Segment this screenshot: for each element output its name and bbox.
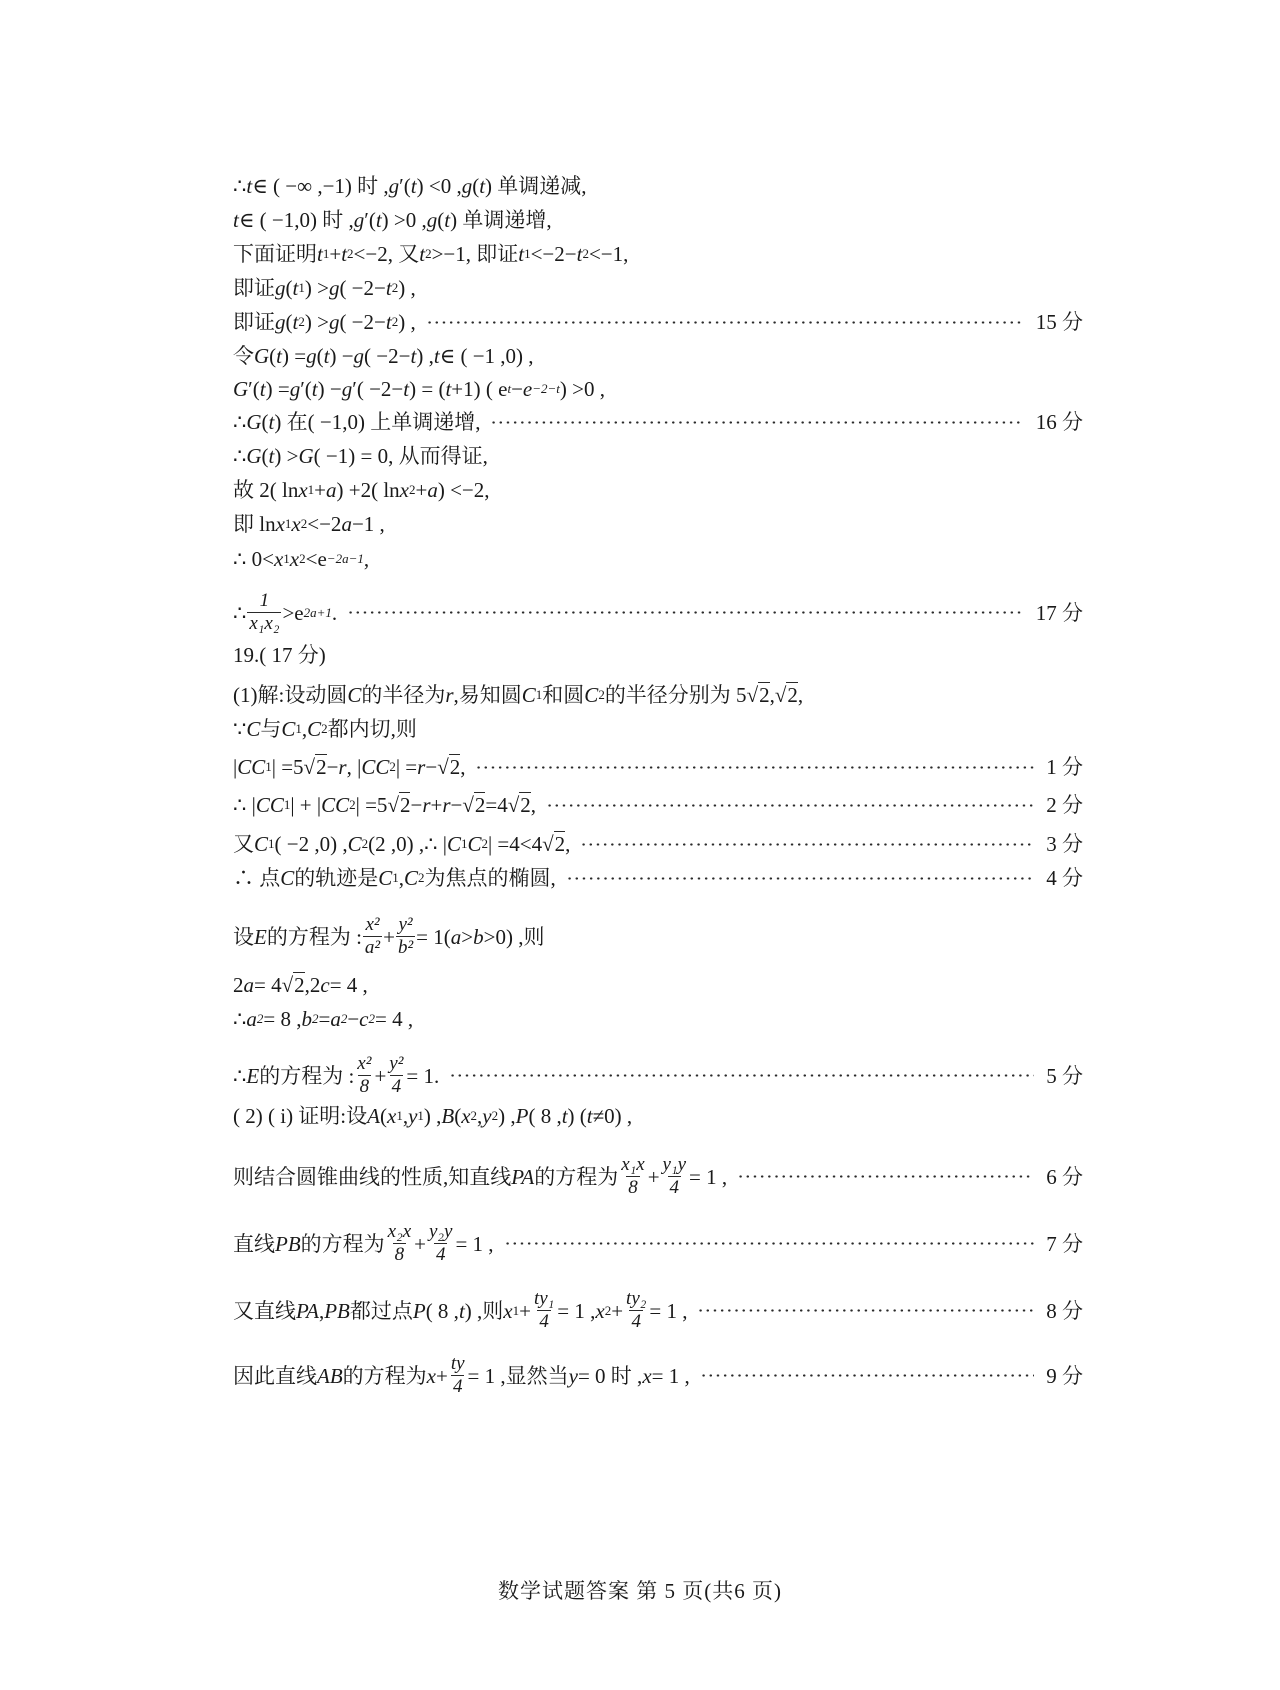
line-content: | CC1 | =5√2−r , | CC2 | =r−√2 , [233,753,465,781]
text-run: ( 2) ( i) 证明:设 [233,1102,367,1130]
math-variable: C [281,715,295,743]
document-page: ∴ t ∈ ( −∞ ,−1) 时 ,g ′(t) <0 ,g(t) 单调递减,… [0,0,1280,1690]
math-variable: PB [324,1297,350,1325]
text-run: ′( [399,172,411,200]
text-run: − [451,791,463,819]
text-run: 的半径分别为 5 [605,681,747,709]
text-run: ( [437,206,444,234]
math-variable: E [246,1062,259,1090]
radicand: 2 [786,682,798,707]
math-variable: b [301,1005,312,1033]
text-run: ≠0) , [593,1102,633,1130]
text-run: = [318,1005,330,1033]
text-run: ( [262,442,269,470]
math-variable: a [246,1005,257,1033]
dot-leader [546,804,1034,807]
denominator: 8 [626,1176,640,1199]
line-content: 又直线 PA ,PB 都过点 P( 8 ,t) ,则 x1+ty₁4 = 1 ,… [233,1288,687,1333]
numerator: y₂y [427,1221,454,1243]
text-run: ) , [498,1102,516,1130]
line-content: ∵ C 与 C1 ,C2 都内切,则 [233,715,417,743]
text-run: 即证 [233,308,275,336]
math-variable: r [422,791,430,819]
text-run: ( −2− [364,342,410,370]
text-run: | = [396,753,417,781]
line-content: (1)解:设动圆 C 的半径为 r,易知圆 C1 和圆 C2 的半径分别为 5√… [233,681,803,709]
text-run: 的方程为 : [267,923,362,951]
text-run: ,易知圆 [454,681,522,709]
math-variable: x [298,476,307,504]
line-content: 下面证明 t1+t2<−2, 又 t2>−1, 即证 t1<−2−t2<−1, [233,240,628,268]
line-content: 令 G(t) = g(t) −g( −2−t ) ,t ∈ ( −1 ,0) , [233,342,534,370]
text-run: = 1 ,显然当 [468,1362,569,1390]
text-run: + [611,1297,623,1325]
square-root: √2 [747,681,770,709]
text-run: ) , [398,274,416,302]
text-run: = 4 , [330,971,368,999]
math-variable: g [354,206,365,234]
math-variable: C [404,864,418,892]
text-run: ( −2− [339,308,385,336]
fraction: y²b² [396,914,415,959]
text-run: ( [317,342,324,370]
solution-line: (1)解:设动圆 C 的半径为 r,易知圆 C1 和圆 C2 的半径分别为 5√… [233,681,1083,709]
dot-leader [475,766,1034,769]
text-run: ) ( [568,1102,587,1130]
text-run: ∈ ( −1,0) 时 , [239,206,354,234]
text-run: <−1, [589,240,628,268]
text-run: 下面证明 [233,240,317,268]
text-run: ( 8 , [528,1102,561,1130]
denominator: a² [363,936,382,959]
fraction: 1x₁x₂ [247,590,281,635]
text-run: 又直线 [233,1297,296,1325]
math-variable: CC [321,791,349,819]
square-root: √2 [437,753,460,781]
math-variable: a [341,510,352,538]
text-run: + [648,1163,660,1191]
text-run: 19.( 17 分) [233,641,326,669]
solution-line: 则结合圆锥曲线的性质,知直线 PA 的方程为x₁x8+y₁y4 = 1 ,6 分 [233,1154,1083,1199]
text-run: ( −2− [339,274,385,302]
text-run: >0) ,则 [484,923,545,951]
dot-leader [700,1374,1035,1377]
dot-leader [490,421,1023,424]
radical-sign: √ [437,755,449,779]
math-variable: g [389,172,400,200]
numerator: ty₂ [624,1288,648,1310]
denominator: x₁x₂ [247,612,281,635]
denominator: b² [396,936,415,959]
math-variable: G [233,375,248,403]
text-run: 与 [260,715,281,743]
text-run: = 1 , [649,1297,687,1325]
text-run: >−1, 即证 [432,240,519,268]
score-label: 9 分 [1046,1362,1083,1390]
math-variable: y [569,1362,578,1390]
text-run: ( −2 ,0) , [275,830,348,858]
math-variable: c [359,1005,368,1033]
numerator: y² [387,1053,405,1075]
math-variable: a [451,923,462,951]
math-variable: C [378,864,392,892]
math-variable: x [276,510,285,538]
text-run: ) , [416,342,434,370]
math-variable: x [503,1297,512,1325]
text-run: <−2 [307,510,341,538]
text-run: ) = ( [409,375,445,403]
line-content: ( 2) ( i) 证明:设 A( x1 ,y1 ) ,B( x2 ,y2 ) … [233,1102,632,1130]
text-run: ′( [364,206,376,234]
text-run: = 0 时 , [578,1362,642,1390]
dot-leader [697,1309,1034,1312]
text-run: (2 ,0) ,∴ | [368,830,447,858]
solution-line: 又直线 PA ,PB 都过点 P( 8 ,t) ,则 x1+ty₁4 = 1 ,… [233,1288,1083,1333]
solution-line: 令 G(t) = g(t) −g( −2−t ) ,t ∈ ( −1 ,0) , [233,342,1083,370]
text-run: = 8 , [263,1005,301,1033]
text-run: ∴ | [233,791,256,819]
solution-line: ∴ 1x₁x₂>e2a+1.17 分 [233,590,1083,635]
text-run: | =4<4 [488,830,542,858]
math-variable: E [254,923,267,951]
solution-line: t ∈ ( −1,0) 时 ,g ′(t) >0 ,g(t) 单调递增, [233,206,1083,234]
math-variable: PA [511,1163,534,1191]
solution-line: 设 E 的方程为 :x²a²+y²b² = 1( a>b>0) ,则 [233,914,1083,959]
math-variable: r [445,681,453,709]
line-content: G ′(t) = g ′(t) −g ′( −2−t) = (t+1) ( et… [233,375,605,403]
text-run: +1) ( e [451,375,507,403]
solution-line: 19.( 17 分) [233,641,1083,669]
math-variable: C [347,681,361,709]
score-label: 8 分 [1046,1297,1083,1325]
score-label: 17 分 [1036,599,1083,627]
radicand: 2 [315,754,327,779]
text-run: = 1. [406,1062,439,1090]
radical-sign: √ [775,683,787,707]
math-variable: c [320,971,329,999]
line-content: 直线 PB 的方程为x₂x8+y₂y4 = 1 , [233,1221,494,1266]
text-run: ∴ 点 [233,864,280,892]
text-run: = 1 , [689,1163,727,1191]
math-variable: P [516,1102,529,1130]
denominator: 4 [451,1375,465,1398]
math-variable: t [386,308,392,336]
solution-line: 即证 g( t1 ) >g( −2−t2 ) , [233,274,1083,302]
text-run: 和圆 [542,681,584,709]
text-run: <−2− [531,240,577,268]
line-content: ∴ t ∈ ( −∞ ,−1) 时 ,g ′(t) <0 ,g(t) 单调递减, [233,172,587,200]
text-run: 的方程为 [301,1230,385,1258]
text-run: = 1( [416,923,451,951]
solution-line: 2a = 4√2 ,2c = 4 , [233,971,1083,999]
text-run: 都内切,则 [328,715,417,743]
text-run: <−2, 又 [354,240,420,268]
radical-sign: √ [462,793,474,817]
text-run: = 1 , [455,1230,493,1258]
text-run: + [519,1297,531,1325]
text-run: ) = [266,375,290,403]
math-variable: g [329,308,340,336]
score-label: 7 分 [1046,1230,1083,1258]
text-run: , [460,753,465,781]
text-run: ) − [329,342,353,370]
denominator: 4 [537,1310,551,1333]
text-run: − [511,375,523,403]
radicand: 2 [474,792,486,817]
text-run: | + | [290,791,321,819]
math-variable: x [461,1102,470,1130]
text-run: + [414,1230,426,1258]
text-run: ) = [282,342,306,370]
line-content: ∴ | CC1 | + | CC2 | =5√2−r+r−√2 =4√2 , [233,791,536,819]
line-content: t ∈ ( −1,0) 时 ,g ′(t) >0 ,g(t) 单调递增, [233,206,552,234]
numerator: y₁y [661,1154,688,1176]
radical-sign: √ [542,832,554,856]
text-run: = 1 , [557,1297,595,1325]
math-variable: a [326,476,337,504]
dot-leader [504,1242,1035,1245]
numerator: y² [397,914,415,936]
fraction: ty₁4 [532,1288,556,1333]
math-variable: CC [237,753,265,781]
text-run: = 1 , [652,1362,690,1390]
solution-line: 即 lnx1x2<−2a−1 , [233,510,1083,538]
math-variable: C [584,681,598,709]
denominator: 4 [668,1176,682,1199]
text-run: ( [262,408,269,436]
text-run: . [332,599,337,627]
fraction: x₁x8 [619,1154,646,1199]
math-variable: t [317,240,323,268]
fraction: x²8 [355,1053,373,1098]
line-content: 2a = 4√2 ,2c = 4 , [233,971,368,999]
square-root: √2 [542,830,565,858]
math-variable: r [442,791,450,819]
math-variable: g [354,342,365,370]
math-variable: x [274,545,283,573]
line-content: ∴ E 的方程为 :x²8+y²4 = 1. [233,1053,439,1098]
text-run: ′( [248,375,260,403]
radicand: 2 [293,972,305,997]
radical-sign: √ [508,793,520,817]
math-variable: g [306,342,317,370]
math-variable: g [275,274,286,302]
square-root: √2 [387,791,410,819]
radical-sign: √ [747,683,759,707]
text-run: ) >0 , [382,206,427,234]
solution-line: 因此直线 AB 的方程为 x+ty4 = 1 ,显然当 y = 0 时 ,x =… [233,1353,1083,1398]
text-run: 2 [233,971,244,999]
solution-line: ∴ G(t) >G( −1) = 0, 从而得证, [233,442,1083,470]
solution-line: ∵ C 与 C1 ,C2 都内切,则 [233,715,1083,743]
radicand: 2 [519,792,531,817]
line-content: 即证 g( t2 ) >g( −2−t2 ) , [233,308,416,336]
numerator: x² [363,914,381,936]
math-variable: a [330,1005,341,1033]
solution-line: ∴ E 的方程为 :x²8+y²4 = 1.5 分 [233,1053,1083,1098]
radicand: 2 [554,831,566,856]
square-root: √2 [508,791,531,819]
math-variable: x [290,545,299,573]
text-run: ) >0 , [560,375,605,403]
math-variable: x [291,510,300,538]
text-run: 即证 [233,274,275,302]
math-variable: C [467,830,481,858]
text-run: , [531,791,536,819]
text-run: ∴ [233,442,246,470]
score-label: 1 分 [1046,753,1083,781]
text-run: = 4 [254,971,282,999]
radical-sign: √ [387,793,399,817]
text-run: ∴ 0< [233,545,274,573]
score-label: 6 分 [1046,1163,1083,1191]
numerator: 1 [258,590,272,612]
text-run: ) > [305,274,329,302]
denominator: 4 [390,1075,404,1098]
fraction: x²a² [363,914,382,959]
math-variable: b [473,923,484,951]
text-run: , | [347,753,362,781]
solution-line: 下面证明 t1+t2<−2, 又 t2>−1, 即证 t1<−2−t2<−1, [233,240,1083,268]
text-run: ) ,则 [465,1297,504,1325]
dot-leader [449,1074,1034,1077]
text-run: , [565,830,570,858]
text-run: , [364,545,369,573]
numerator: x₁x [619,1154,646,1176]
text-run: 的半径为 [361,681,445,709]
text-run: | =5 [356,791,388,819]
text-run: ∈ ( −1 ,0) , [440,342,534,370]
math-variable: P [413,1297,426,1325]
line-content: 因此直线 AB 的方程为 x+ty4 = 1 ,显然当 y = 0 时 ,x =… [233,1353,690,1398]
fraction: ty₂4 [624,1288,648,1333]
math-variable: C [246,715,260,743]
fraction: y²4 [387,1053,405,1098]
line-content: ∴ 1x₁x₂>e2a+1. [233,590,337,635]
dot-leader [580,843,1034,846]
text-run: ) <−2, [438,476,490,504]
math-variable: B [441,1102,454,1130]
radicand: 2 [758,682,770,707]
text-run: 则结合圆锥曲线的性质,知直线 [233,1163,511,1191]
line-content: 即 lnx1x2<−2a−1 , [233,510,385,538]
text-run: + [374,1062,386,1090]
denominator: 8 [358,1075,372,1098]
solution-line: 直线 PB 的方程为x₂x8+y₂y4 = 1 ,7 分 [233,1221,1083,1266]
math-variable: g [329,274,340,302]
solution-line: ∴ 点 C 的轨迹是 C1 ,C2 为焦点的椭圆,4 分 [233,864,1083,892]
math-variable: r [417,753,425,781]
text-run: 直线 [233,1230,275,1258]
text-run: ∴ [233,1005,246,1033]
radicand: 2 [449,754,461,779]
line-content: 即证 g( t1 ) >g( −2−t2 ) , [233,274,416,302]
text-run: 令 [233,342,254,370]
text-run: ( −1) = 0, 从而得证, [314,442,488,470]
text-run: ∴ [233,408,246,436]
text-run: − [425,753,437,781]
text-run: ( [269,342,276,370]
math-variable: a [244,971,255,999]
text-run: ( [380,1102,387,1130]
text-run: | =5 [272,753,304,781]
dot-leader [426,321,1024,324]
dot-leader [737,1175,1034,1178]
solution-line: 故 2( lnx1+a) +2( lnx2+a) <−2, [233,476,1083,504]
score-label: 4 分 [1046,864,1083,892]
text-run: ( 8 , [426,1297,459,1325]
solution-line: ∴ 0<x1x2<e−2a−1 , [233,545,1083,573]
math-variable: G [246,408,261,436]
math-variable: G [298,442,313,470]
text-run: ) > [274,442,298,470]
score-label: 15 分 [1036,308,1083,336]
text-run: ) > [305,308,329,336]
text-run: 的方程为 : [259,1062,354,1090]
fraction: y₁y4 [661,1154,688,1199]
math-variable: g [427,206,438,234]
line-content: ∴ 点 C 的轨迹是 C1 ,C2 为焦点的椭圆, [233,864,556,892]
score-label: 5 分 [1046,1062,1083,1090]
fraction: ty4 [449,1353,467,1398]
radical-sign: √ [304,755,316,779]
text-run: ( [286,274,293,302]
square-root: √2 [775,681,798,709]
numerator: ty [449,1353,467,1375]
math-variable: AB [317,1362,343,1390]
math-variable: C [447,830,461,858]
math-variable: x [595,1297,604,1325]
denominator: 4 [434,1243,448,1266]
line-content: 则结合圆锥曲线的性质,知直线 PA 的方程为x₁x8+y₁y4 = 1 , [233,1154,727,1199]
text-run: ) , [424,1102,442,1130]
text-run: ,2 [305,971,321,999]
text-run: − [410,791,422,819]
math-variable: a [427,476,438,504]
solution-line: 又 C1( −2 ,0) ,C2(2 ,0) ,∴ | C1C2 | =4<4√… [233,830,1083,858]
text-run: > [461,923,473,951]
math-variable: x [642,1362,651,1390]
text-run: ∈ ( −∞ ,−1) 时 , [252,172,388,200]
line-content: ∴ G(t) >G( −1) = 0, 从而得证, [233,442,488,470]
score-label: 3 分 [1046,830,1083,858]
solution-line: ( 2) ( i) 证明:设 A( x1 ,y1 ) ,B( x2 ,y2 ) … [233,1102,1083,1130]
text-run: + [329,240,341,268]
text-run: ∴ [233,599,246,627]
math-variable: C [254,830,268,858]
solution-line: G ′(t) = g ′(t) −g ′( −2−t) = (t+1) ( et… [233,375,1083,403]
math-variable: C [348,830,362,858]
dot-leader [347,611,1024,614]
line-content: 又 C1( −2 ,0) ,C2(2 ,0) ,∴ | C1C2 | =4<4√… [233,830,570,858]
text-run: 的方程为 [534,1163,618,1191]
text-run: = 4 , [375,1005,413,1033]
text-run: ∴ [233,1062,246,1090]
math-variable: A [367,1102,380,1130]
text-run: ( [286,308,293,336]
text-run: ) <0 , [417,172,462,200]
line-content: ∴ 0<x1x2<e−2a−1 , [233,545,369,573]
numerator: x² [355,1053,373,1075]
dot-leader [566,877,1034,880]
math-variable: C [522,681,536,709]
math-variable: t [386,274,392,302]
square-root: √2 [462,791,485,819]
text-run: (1)解:设动圆 [233,681,347,709]
text-run: 都过点 [350,1297,413,1325]
denominator: 4 [629,1310,643,1333]
math-variable: PB [275,1230,301,1258]
